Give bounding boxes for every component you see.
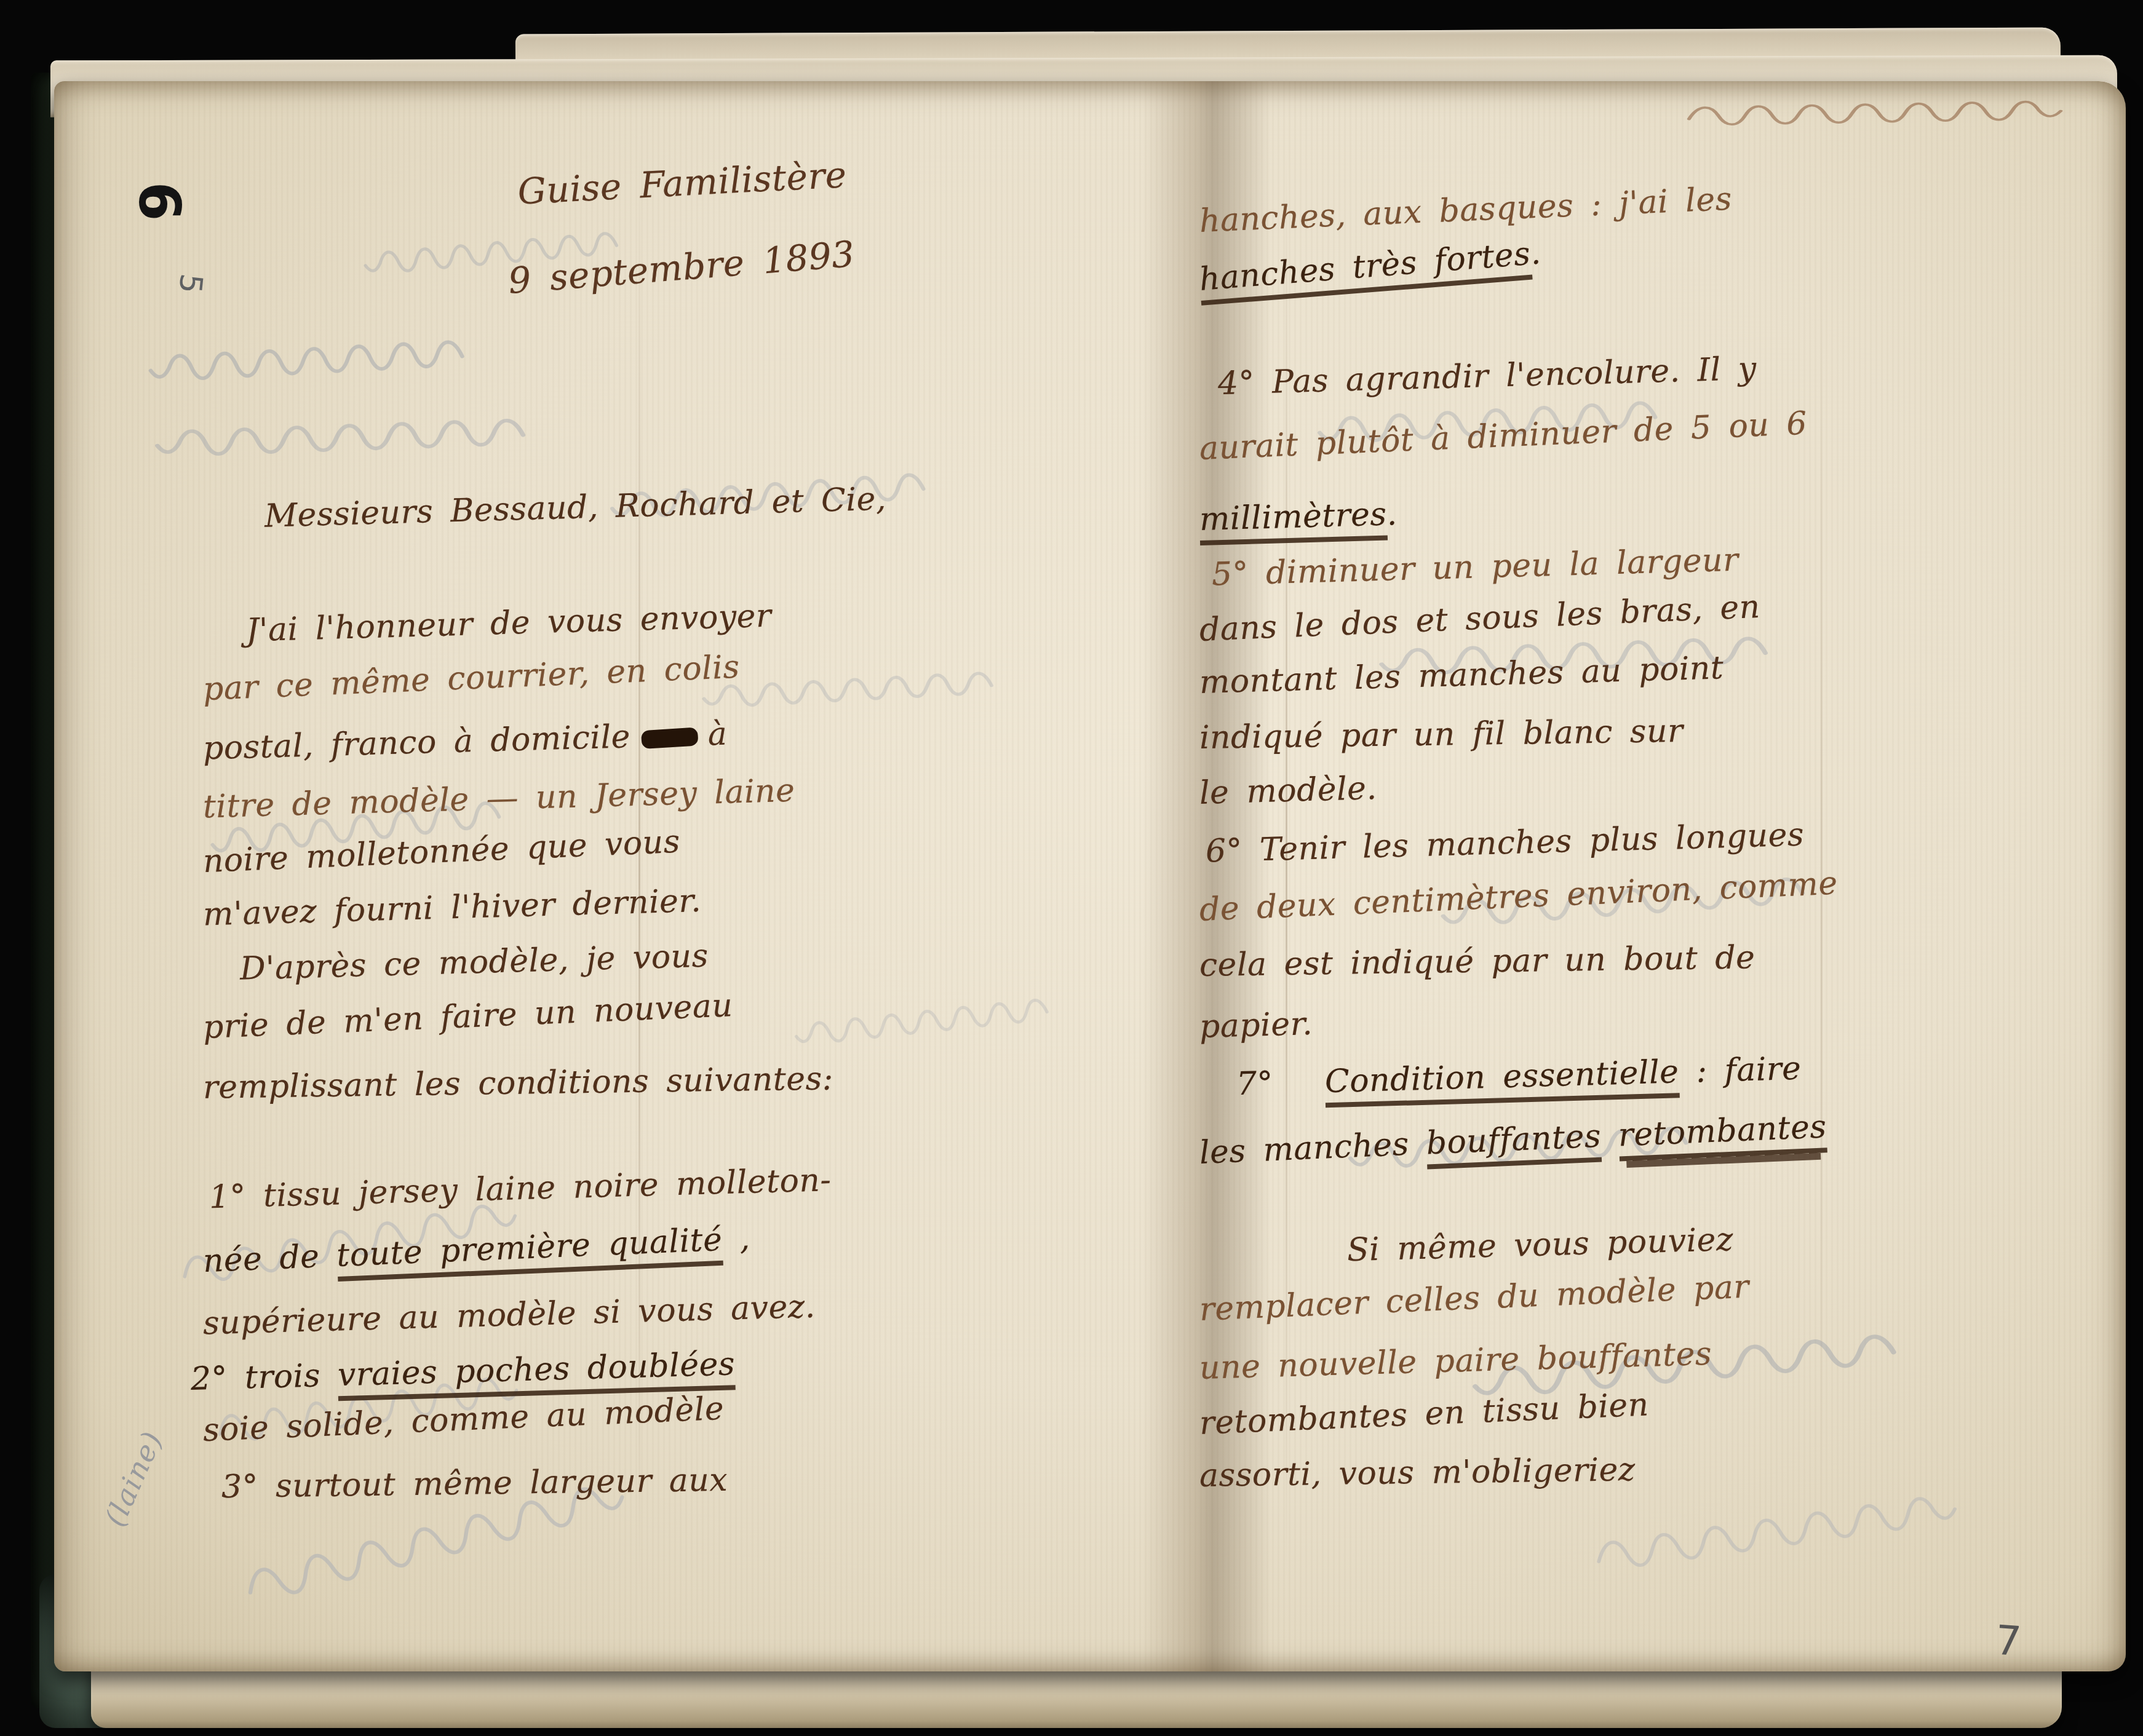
condition-5-line: montant les manches au point (1199, 638, 2116, 701)
condition-6-line: cela est indiqué par un bout de (1199, 934, 2117, 984)
condition-4-line: aurait plutôt à diminuer de 5 ou 6 (1199, 392, 2116, 467)
text-segment: : faire (1679, 1050, 1802, 1091)
condition-6-line: papier. (1199, 983, 2116, 1045)
page-right: hanches, aux basques : j'ai les hanches … (1199, 87, 2116, 1665)
text-segment: à (707, 716, 728, 753)
underlined-phrase: millimètres (1199, 496, 1388, 545)
letter-line: m'avez fourni l'hiver dernier. (147, 868, 1199, 935)
condition-3-line: 3° surtout même largeur aux (148, 1455, 1219, 1507)
condition-5-line: indiqué par un fil blanc sur (1199, 707, 2117, 756)
letter-line: assorti, vous m'obligeriez (1199, 1445, 2117, 1494)
text-segment: . (1386, 496, 1398, 533)
underlined-phrase: toute première qualité (336, 1221, 723, 1282)
text-segment: 2° trois (190, 1357, 338, 1398)
underlined-phrase: Condition essentielle (1324, 1053, 1679, 1108)
notebook-spread: 6 5 (laine) 7 Guise Familistère 9 septem… (54, 81, 2126, 1671)
condition-7-line: 7°Condition essentielle : faire (1199, 1040, 2143, 1104)
text-segment: . (1529, 234, 1543, 272)
text-segment (1600, 1117, 1620, 1154)
letter-line: postal, franco à domicileà (147, 702, 1199, 769)
text-segment: les manches (1199, 1125, 1427, 1171)
text-segment: née de (202, 1237, 338, 1280)
condition-1-line: née de toute première qualité , (147, 1201, 1199, 1282)
text-segment: postal, franco à domicile (202, 718, 631, 767)
text-segment: 7° (1236, 1065, 1274, 1103)
condition-5-line: le modèle. (1199, 749, 2116, 812)
page-left: Guise Familistère 9 septembre 1893 Messi… (148, 87, 1144, 1665)
condition-1-line: supérieure au modèle si vous avez. (147, 1277, 1199, 1344)
underlined-phrase: bouffantes (1425, 1118, 1602, 1170)
double-underlined-phrase: retombantes (1618, 1108, 1827, 1161)
letter-date: 9 septembre 1893 (256, 213, 1106, 322)
ink-blot (641, 727, 699, 749)
text-segment: , (722, 1220, 751, 1258)
letter-salutation: Messieurs Bessaud, Rochard et Cie, (147, 470, 1261, 538)
letter-line: remplissant les conditions suivantes: (148, 1055, 1200, 1107)
letter-place: Guise Familistère (257, 140, 1107, 226)
underlined-phrase: hanches très fortes (1198, 236, 1533, 306)
condition-7-line: les manches bouffantes retombantes (1199, 1096, 2116, 1171)
condition-4-line: 4° Pas agrandir l'encolure. Il y (1199, 340, 2134, 403)
condition-4-line: millimètres. (1199, 475, 2116, 538)
